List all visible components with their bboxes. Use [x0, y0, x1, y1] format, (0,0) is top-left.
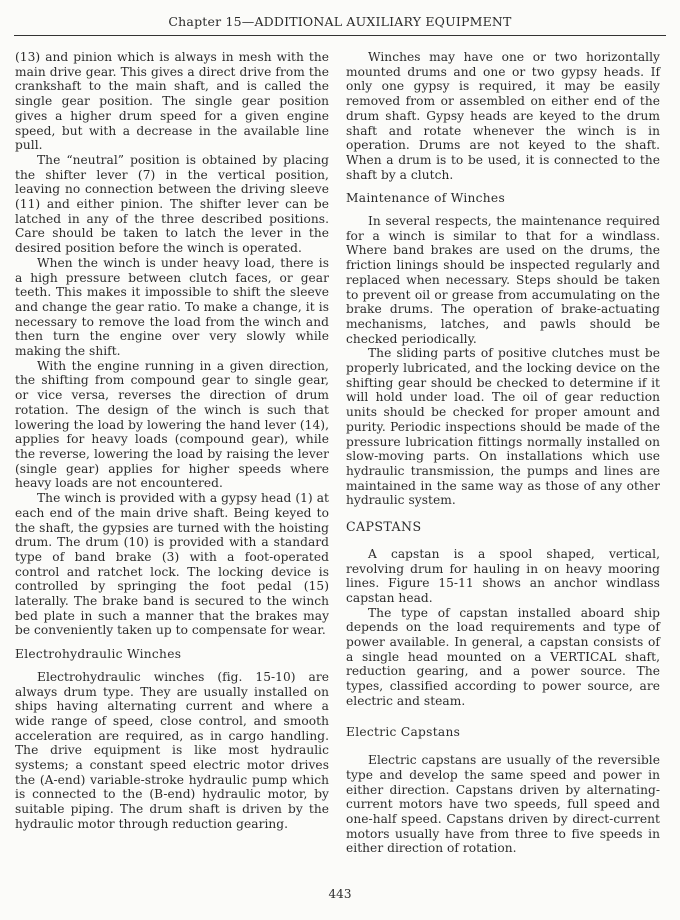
paragraph-capstan-types: The type of capstan installed aboard shi… [346, 606, 660, 709]
paragraph-capstan-definition: A capstan is a spool shaped, vertical, r… [346, 547, 660, 606]
paragraph-gypsy-head: The winch is provided with a gypsy head … [15, 491, 329, 638]
paragraph-drum-rotation: With the engine running in a given direc… [15, 359, 329, 491]
paragraph-winch-drums: Winches may have one or two horizontally… [346, 50, 660, 182]
heading-maintenance-of-winches: Maintenance of Winches [346, 191, 660, 206]
paragraph-neutral-position: The “neutral” position is obtained by pl… [15, 153, 329, 256]
heading-electrohydraulic-winches: Electrohydraulic Winches [15, 647, 329, 662]
paragraph-maintenance-1: In several respects, the maintenance req… [346, 214, 660, 346]
right-column: Winches may have one or two horizontally… [346, 50, 660, 856]
page-number: 443 [0, 887, 680, 901]
paragraph-electric-capstans: Electric capstans are usually of the rev… [346, 753, 660, 856]
paragraph-single-gear: (13) and pinion which is always in mesh … [15, 50, 329, 153]
paragraph-electrohydraulic: Electrohydraulic winches (fig. 15-10) ar… [15, 670, 329, 832]
paragraph-maintenance-2: The sliding parts of positive clutches m… [346, 346, 660, 508]
heading-electric-capstans: Electric Capstans [346, 725, 660, 740]
running-header: Chapter 15—ADDITIONAL AUXILIARY EQUIPMEN… [14, 14, 666, 36]
paragraph-heavy-load: When the winch is under heavy load, ther… [15, 256, 329, 359]
left-column: (13) and pinion which is always in mesh … [15, 50, 329, 832]
heading-capstans: CAPSTANS [346, 520, 660, 535]
